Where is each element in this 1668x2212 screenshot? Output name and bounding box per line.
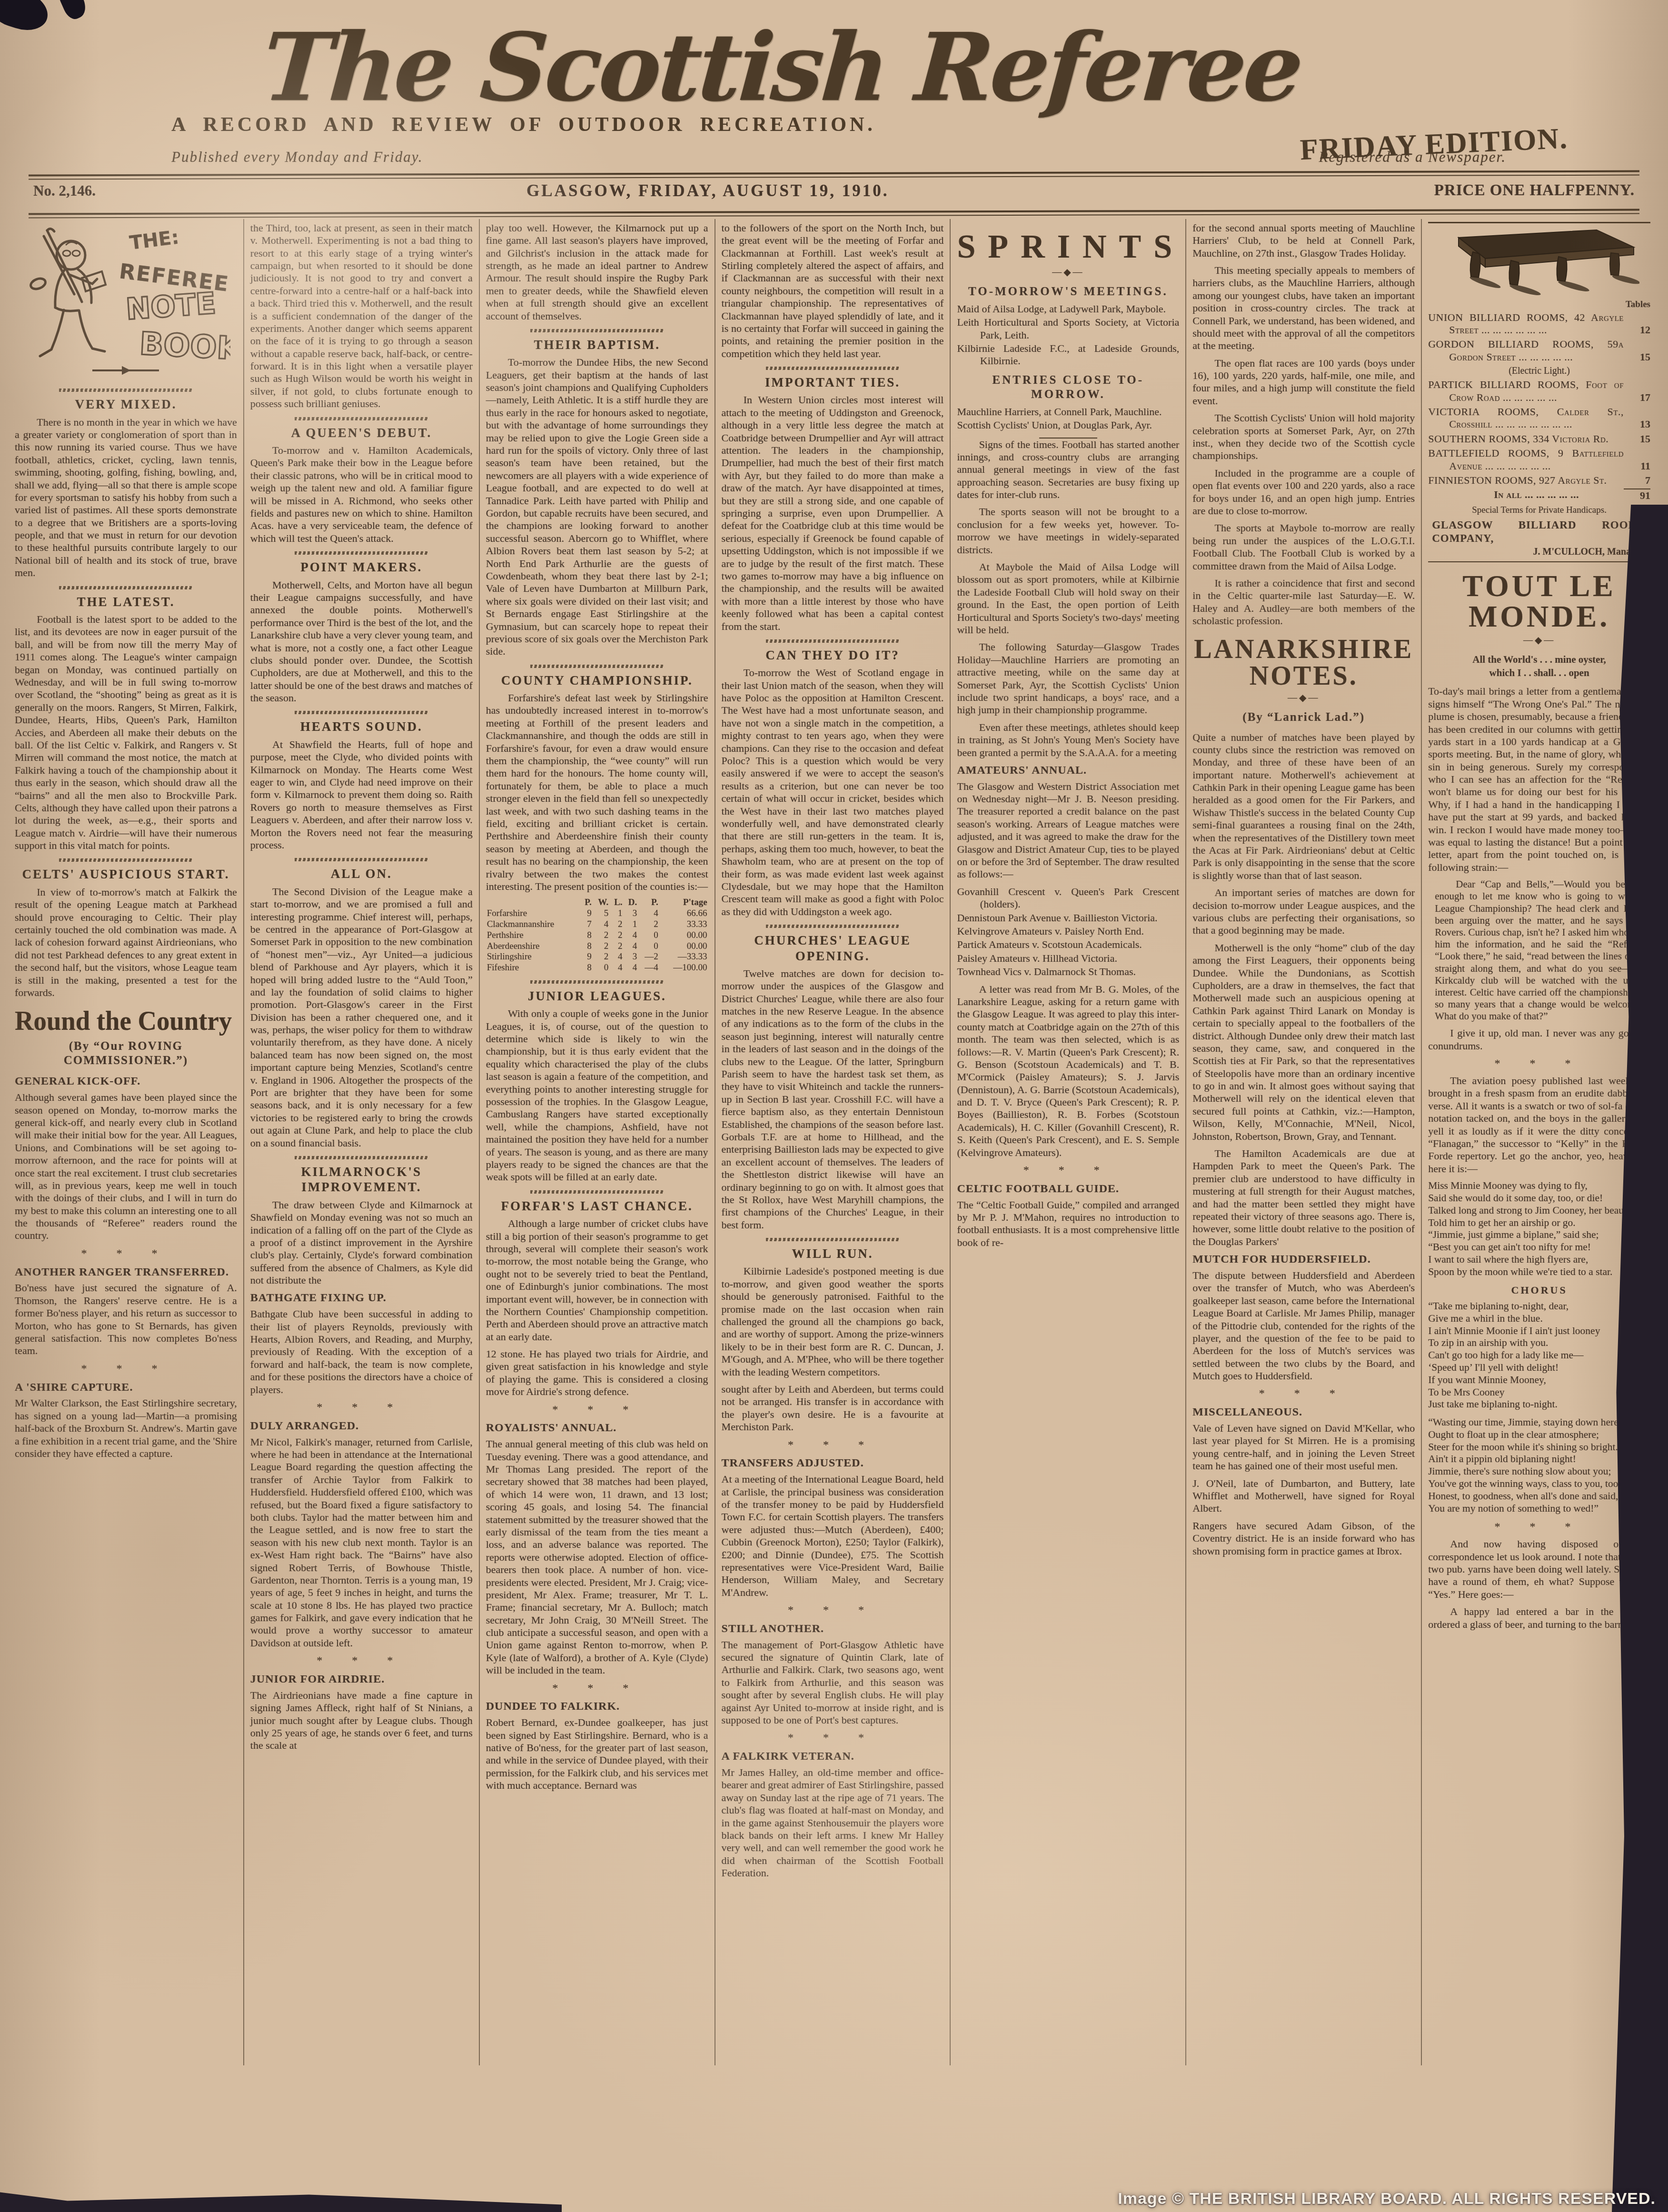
paragraph: Included in the programme are a couple o… [1192, 467, 1415, 518]
star-separator: * * * [1192, 1387, 1415, 1401]
paragraph: Forfarshire's defeat last week by Stirli… [486, 692, 708, 893]
billiards-advert: Tables UNION BILLIARD ROOMS, 42 Argyle S… [1428, 222, 1650, 562]
section-heading: CAN THEY DO IT? [722, 648, 944, 663]
fixture-item: Townhead Vics v. Dalmarnock St Thomas. [957, 966, 1179, 978]
fixture-item: Govanhill Crescent v. Queen's Park Cresc… [957, 886, 1179, 911]
poem-line: Jimmie, there's sure nothing slow about … [1428, 1465, 1650, 1478]
ad-tables-column-label: Tables [1428, 299, 1650, 310]
table-cell: 00.00 [659, 941, 708, 952]
paragraph: There is no month in the year in which w… [15, 416, 237, 579]
paragraph: The sports season will not be brought to… [957, 506, 1179, 556]
poem-stanza: Miss Minnie Mooney was dying to fly,Said… [1428, 1180, 1650, 1278]
section-divider [766, 367, 899, 370]
table-cell: 7 [580, 919, 592, 930]
section-heading: CELTS' AUSPICIOUS START. [15, 867, 237, 882]
paragraph-continued: Mr James Halley, an old-time member and … [722, 1766, 944, 1880]
table-cell: Clackmannanshire [486, 919, 581, 930]
ad-room-note: (Electric Light.) [1428, 365, 1650, 377]
poem-line: You are my notion of something to wed!” [1428, 1503, 1650, 1515]
fixture-item: Leith Horticultural and Sports Society, … [957, 316, 1179, 341]
subsection-heading: TRANSFERS ADJUSTED. [722, 1456, 944, 1470]
library-watermark: Image © THE BRITISH LIBRARY BOARD. ALL R… [1118, 2190, 1656, 2208]
ad-room-name: VICTORIA ROOMS, Calder St., Crosshill ..… [1428, 406, 1624, 431]
paragraph: And now having disposed of the correspon… [1428, 1538, 1650, 1601]
billiard-table-icon [1440, 227, 1639, 299]
poem-line: Can't go too high for a lady like me— [1428, 1349, 1650, 1362]
section-heading: CHURCHES' LEAGUE OPENING. [722, 933, 944, 964]
star-separator: * * * [722, 1438, 944, 1452]
paragraph-continued: At a meeting of the International League… [722, 1473, 944, 1599]
table-cell: 8 [580, 941, 592, 952]
ad-room-tables: 7 [1624, 474, 1650, 487]
section: VERY MIXED. [15, 389, 237, 412]
paragraph-continued: Robert Bernard, ex-Dundee goalkeeper, ha… [486, 1716, 708, 1792]
table-cell: 4 [638, 908, 659, 919]
poem-line: Steer for the moon while it's shining so… [1428, 1441, 1650, 1454]
star-separator: * * * [15, 1362, 237, 1376]
section: HEARTS SOUND. [250, 711, 473, 734]
table-cell: Perthshire [486, 930, 581, 941]
table-row: Aberdeenshire8224000.00 [486, 941, 708, 952]
table-cell: 2 [593, 930, 610, 941]
referees-notebook-logo: THE: REFEREE'S NOTE BOOK [15, 222, 237, 382]
ad-company-name: GLASGOW BILLIARD ROOMS COMPANY, [1432, 518, 1646, 545]
ad-total-row: In all ... ... ... ... ... 91 [1428, 488, 1650, 502]
table-cell: 2 [638, 919, 659, 930]
section-heading: THE LATEST. [15, 594, 237, 609]
section-divider [295, 711, 428, 714]
paragraph: An important series of matches are down … [1192, 887, 1415, 937]
byline: (By “Our ROVING COMMISSIONER.”) [15, 1039, 237, 1068]
paragraph: To-morrow the Dundee Hibs, the new Secon… [486, 356, 708, 658]
table-cell: 4 [609, 963, 623, 974]
paragraph: The Second Division of the League make a… [250, 886, 473, 1149]
ad-room-name: SOUTHERN ROOMS, 334 Victoria Rd. [1428, 433, 1624, 445]
subsection-heading: MUTCH FOR HUDDERSFIELD. [1192, 1253, 1415, 1266]
paragraph-continued: the Third, too, lack at present, as seen… [250, 222, 473, 410]
paragraph-continued: Quite a number of matches have been play… [1192, 731, 1415, 882]
star-separator: * * * [957, 1164, 1179, 1177]
paragraph: Football is the latest sport to be added… [15, 613, 237, 852]
star-separator: * * * [1428, 1057, 1650, 1071]
ad-room-row: VICTORIA ROOMS, Calder St., Crosshill ..… [1428, 406, 1650, 431]
poem-line: Spoon by the moon while we're tied to a … [1428, 1266, 1650, 1278]
section-divider [59, 586, 192, 589]
fixture-item: Maid of Ailsa Lodge, at Ladywell Park, M… [957, 303, 1179, 315]
section-heading: THEIR BAPTISM. [486, 337, 708, 352]
section-divider [530, 329, 664, 332]
table-cell: —2 [638, 952, 659, 963]
epigraph: All the World's . . . mine oyster,which … [1428, 653, 1650, 680]
paragraph: The following Saturday—Glasgow Trades Ho… [957, 641, 1179, 716]
section: CAN THEY DO IT? [722, 639, 944, 663]
list-heading: ENTRIES CLOSE TO-MORROW. [957, 373, 1179, 402]
subsection-heading: CELTIC FOOTBALL GUIDE. [957, 1182, 1179, 1196]
table-row: Perthshire8224000.00 [486, 930, 708, 941]
fixture-list: Maid of Ailsa Lodge, at Ladywell Park, M… [957, 303, 1179, 368]
notebook-word-book: BOOK [139, 325, 231, 367]
table-cell: 8 [580, 963, 592, 974]
published-note: Published every Monday and Friday. [171, 149, 423, 166]
section-divider [530, 1190, 664, 1194]
subsection-heading: DUNDEE TO FALKIRK. [486, 1700, 708, 1714]
table-row: Forfarshire9513466.66 [486, 908, 708, 919]
byline: (By “Lanrick Lad.”) [1192, 710, 1415, 725]
table-header-row: P.W.L.D.P.P'tage [486, 897, 708, 908]
table-cell: 1 [609, 908, 623, 919]
table-cell: 2 [593, 941, 610, 952]
ad-room-row: FINNIESTON ROOMS, 927 Argyle St.7 [1428, 474, 1650, 487]
fixture-item: Scottish Cyclists' Union, at Douglas Par… [957, 419, 1179, 431]
paragraph-continued: The Glasgow and Western District Associa… [957, 780, 1179, 881]
ad-room-row: PARTICK BILLIARD ROOMS, Foot of Crow Roa… [1428, 379, 1650, 404]
fixture-list: Govanhill Crescent v. Queen's Park Cresc… [957, 886, 1179, 978]
star-separator: * * * [722, 1731, 944, 1745]
paragraph-continued: play too well. However, the Kilmarnock p… [486, 222, 708, 322]
table-row: Fifeshire8044—4—100.00 [486, 963, 708, 974]
section-heading: HEARTS SOUND. [250, 719, 473, 734]
column-2: the Third, too, lack at present, as seen… [243, 219, 479, 2065]
poem-line: I want to sail where the high flyers are… [1428, 1254, 1650, 1266]
paragraph-continued: Bathgate Club have been successful in ad… [250, 1308, 473, 1396]
section-divider [59, 389, 192, 392]
paragraph-continued: to the followers of the sport on the Nor… [722, 222, 944, 360]
ad-room-name: UNION BILLIARD ROOMS, 42 Argyle Street .… [1428, 311, 1624, 337]
paragraph-continued: Mr Nicol, Falkirk's manager, returned fr… [250, 1436, 473, 1650]
ad-room-tables: 15 [1624, 351, 1650, 363]
section-heading: KILMARNOCK'S IMPROVEMENT. [250, 1164, 473, 1195]
table-cell: Forfarshire [486, 908, 581, 919]
section: CHURCHES' LEAGUE OPENING. [722, 925, 944, 964]
paragraph-continued: for the second annual sports meeting of … [1192, 222, 1415, 259]
paragraph: Kilbirnie Ladeside's postponed meeting i… [722, 1265, 944, 1378]
table-row: Stirlingshire9243—2—33.33 [486, 952, 708, 963]
display-heading: SPRINTS. [957, 230, 1179, 264]
notebook-cartoon-icon: THE: REFEREE'S NOTE BOOK [21, 222, 230, 379]
display-heading: LANARKSHIRE NOTES. [1192, 636, 1415, 689]
paragraph: Motherwell, Celts, and Morton have all b… [250, 579, 473, 705]
section-divider [295, 1156, 428, 1159]
section-divider [766, 639, 899, 643]
ad-company-frame: GLASGOW BILLIARD ROOMS COMPANY, J. M'CUL… [1428, 516, 1650, 562]
table-cell: 9 [580, 908, 592, 919]
ad-room-tables: 12 [1624, 324, 1650, 336]
column-5: SPRINTS.—◆—TO-MORROW'S MEETINGS.Maid of … [950, 219, 1185, 2065]
table-cell: 4 [624, 930, 638, 941]
table-header-cell: W. [593, 897, 610, 908]
epigraph-line: All the World's . . . mine oyster, [1428, 653, 1650, 666]
paragraph-continued: The “Celtic Football Guide,” compiled an… [957, 1199, 1179, 1249]
paragraph-continued: Mr Walter Clarkson, the East Stirlingshi… [15, 1397, 237, 1460]
section: KILMARNOCK'S IMPROVEMENT. [250, 1156, 473, 1195]
heading-ornament: —◆— [957, 267, 1179, 278]
table-cell: —100.00 [659, 963, 708, 974]
table-cell: 00.00 [659, 930, 708, 941]
section: JUNIOR LEAGUES. [486, 980, 708, 1004]
star-separator: * * * [250, 1401, 473, 1415]
section-divider [59, 858, 192, 862]
paragraph: The Hamilton Academicals are due at Hamp… [1192, 1147, 1415, 1248]
ad-room-row: GORDON BILLIARD ROOMS, 59a Gordon Street… [1428, 338, 1650, 363]
table-cell: 0 [638, 941, 659, 952]
dateline: GLASGOW, FRIDAY, AUGUST 19, 1910. [526, 181, 889, 200]
ad-room-tables: 13 [1624, 418, 1650, 430]
paragraph: With only a couple of weeks gone in the … [486, 1007, 708, 1183]
section-heading: JUNIOR LEAGUES. [486, 988, 708, 1004]
heading-ornament: —◆— [1428, 635, 1650, 646]
ad-room-name: FINNIESTON ROOMS, 927 Argyle St. [1428, 474, 1624, 487]
fixture-item: Mauchline Harriers, at Connell Park, Mau… [957, 406, 1179, 418]
table-cell: 0 [593, 963, 610, 974]
section-heading: IMPORTANT TIES. [722, 375, 944, 390]
ad-terms: Special Terms for Private Handicaps. [1428, 505, 1650, 516]
subsection-heading: AMATEURS' ANNUAL. [957, 764, 1179, 777]
star-separator: * * * [722, 1604, 944, 1617]
subsection-heading: JUNIOR FOR AIRDRIE. [250, 1673, 473, 1686]
poem-line: “Best you can get ain't too nifty for me… [1428, 1241, 1650, 1254]
poem-line: You've got the winning ways, class to yo… [1428, 1478, 1650, 1490]
ad-room-row: BATTLEFIELD ROOMS, 9 Battlefield Avenue … [1428, 447, 1650, 472]
table-cell: 2 [593, 952, 610, 963]
table-cell: 0 [638, 930, 659, 941]
paper-title: The Scottish Referee [0, 19, 1590, 117]
fixture-item: Dennistoun Park Avenue v. Baillieston Vi… [957, 912, 1179, 924]
billiards-rows: UNION BILLIARD ROOMS, 42 Argyle Street .… [1428, 311, 1650, 487]
paragraph: To-morrow the West of Scotland engage in… [722, 667, 944, 918]
paragraph: Twelve matches are down for decision to-… [722, 967, 944, 1231]
table-cell: 3 [624, 952, 638, 963]
section: FORFAR'S LAST CHANCE. [486, 1190, 708, 1214]
section-divider [766, 925, 899, 928]
subsection-heading: BATHGATE FIXING UP. [250, 1291, 473, 1305]
table-cell: 4 [609, 952, 623, 963]
section: WILL RUN. [722, 1238, 944, 1261]
paragraph-continued: Although several games have been played … [15, 1091, 237, 1242]
paragraph: In view of to-morrow's match at Falkirk … [15, 886, 237, 999]
table-cell: 4 [593, 919, 610, 930]
paragraph-continued: The management of Port-Glasgow Athletic … [722, 1639, 944, 1727]
column-4: to the followers of the sport on the Nor… [715, 219, 950, 2065]
poem-line: “Jimmie, just gimme a biplane,” said she… [1428, 1229, 1650, 1241]
section-divider [530, 980, 664, 984]
paragraph-continued: The Airdrieonians have made a fine captu… [250, 1689, 473, 1752]
section-heading: VERY MIXED. [15, 397, 237, 412]
subsection-heading: ANOTHER RANGER TRANSFERRED. [15, 1265, 237, 1279]
poem-line: Said she would do it some day, too, or d… [1428, 1192, 1650, 1205]
paragraph: At Maybole the Maid of Ailsa Lodge will … [957, 561, 1179, 636]
paragraph: A happy lad entered a bar in the Strand,… [1428, 1605, 1650, 1631]
county-standings-table: P.W.L.D.P.P'tageForfarshire9513466.66Cla… [486, 897, 708, 974]
section-heading: POINT MAKERS. [250, 559, 473, 575]
issue-number: No. 2,146. [33, 182, 96, 199]
table-cell: 2 [609, 941, 623, 952]
section: A QUEEN'S DEBUT. [250, 417, 473, 440]
table-cell: 33.33 [659, 919, 708, 930]
heading-ornament: —◆— [1192, 692, 1415, 704]
poem-line: Talked long and strong to Jim Cooney, he… [1428, 1205, 1650, 1217]
section-divider [295, 417, 428, 420]
table-cell: 66.66 [659, 908, 708, 919]
paragraph: Motherwell is the only “home” club of th… [1192, 942, 1415, 1143]
table-cell: 9 [580, 952, 592, 963]
table-cell: 8 [580, 930, 592, 941]
paragraph-continued: Bo'ness have just secured the signature … [15, 1282, 237, 1357]
subsection-heading: A 'SHIRE CAPTURE. [15, 1381, 237, 1395]
ad-total-label: In all ... ... ... ... ... [1428, 488, 1624, 502]
paragraph: This meeting specially appeals to member… [1192, 264, 1415, 352]
paragraph-continued: J. O'Neil, late of Dumbarton, and Butter… [1192, 1477, 1415, 1515]
table-cell: 2 [609, 919, 623, 930]
ad-room-tables: 17 [1624, 391, 1650, 404]
table-cell: 1 [624, 919, 638, 930]
ad-total-value: 91 [1624, 488, 1650, 502]
star-separator: * * * [1428, 1520, 1650, 1534]
subsection-heading: A FALKIRK VETERAN. [722, 1750, 944, 1764]
fixture-item: Kilbirnie Ladeside F.C., at Ladeside Gro… [957, 342, 1179, 368]
star-separator: * * * [486, 1403, 708, 1417]
star-separator: * * * [15, 1247, 237, 1261]
section-heading: COUNTY CHAMPIONSHIP. [486, 673, 708, 688]
ad-room-tables: 11 [1624, 460, 1650, 472]
section-heading: ALL ON. [250, 866, 473, 881]
section: POINT MAKERS. [250, 551, 473, 575]
paragraph: It is rather a coincidence that first an… [1192, 577, 1415, 628]
paragraph: The sports at Maybole to-morrow are real… [1192, 522, 1415, 572]
table-header-cell: P. [638, 897, 659, 908]
table-row: Clackmannanshire7421233.33 [486, 919, 708, 930]
table-cell: —4 [638, 963, 659, 974]
table-cell: 2 [609, 930, 623, 941]
paragraph: I give it up, old man. I never was any g… [1428, 1027, 1650, 1052]
poem-line: Ain't it a pippin old biplaning night! [1428, 1453, 1650, 1465]
table-header-cell: P. [580, 897, 592, 908]
poem-line: “Take me biplaning to-night, dear, [1428, 1300, 1650, 1313]
table-cell: —33.33 [659, 952, 708, 963]
ad-room-row: SOUTHERN ROOMS, 334 Victoria Rd.15 [1428, 433, 1650, 445]
subsection-heading: MISCELLANEOUS. [1192, 1405, 1415, 1419]
table-header-cell: P'tage [659, 897, 708, 908]
chorus-heading: CHORUS [1428, 1284, 1650, 1296]
ad-room-name: BATTLEFIELD ROOMS, 9 Battlefield Avenue … [1428, 447, 1624, 472]
column-3: play too well. However, the Kilmarnock p… [479, 219, 715, 2065]
columns: THE: REFEREE'S NOTE BOOK VERY MIXED.Ther… [9, 219, 1657, 2065]
paragraph: In Western Union circles most interest w… [722, 394, 944, 632]
display-heading: Round the Country [15, 1007, 228, 1035]
table-header-cell [486, 897, 581, 908]
fixture-item: Paisley Amateurs v. Hillhead Victoria. [957, 952, 1179, 965]
paragraph: Although a large number of cricket clubs… [486, 1217, 708, 1343]
star-separator: * * * [250, 1654, 473, 1668]
paragraph: The Scottish Cyclists' Union will hold m… [1192, 412, 1415, 462]
paragraph-continued: The annual general meeting of this club … [486, 1438, 708, 1676]
table-header-cell: D. [624, 897, 638, 908]
section-divider [530, 665, 664, 668]
letter-excerpt: Dear “Cap and Bells,”—Would you be good … [1428, 878, 1650, 1022]
display-heading: TOUT LE MONDE. [1428, 571, 1650, 632]
paragraph: The open flat races are 100 yards (boys … [1192, 357, 1415, 408]
poem-line: To zip in an airship with you. [1428, 1337, 1650, 1349]
section: COUNTY CHAMPIONSHIP. [486, 665, 708, 688]
section-heading: A QUEEN'S DEBUT. [250, 425, 473, 440]
table-cell: Aberdeenshire [486, 941, 581, 952]
table-cell: 3 [624, 908, 638, 919]
section: IMPORTANT TIES. [722, 367, 944, 390]
poem-line: I ain't Minnie Moonie if I ain't just lo… [1428, 1325, 1650, 1337]
poem-line: Told him to get her an airship or go. [1428, 1217, 1650, 1229]
paragraph: At Shawfield the Hearts, full of hope an… [250, 738, 473, 852]
column-7: Tables UNION BILLIARD ROOMS, 42 Argyle S… [1421, 219, 1657, 2065]
section: ALL ON. [250, 858, 473, 881]
paragraph: The draw between Clyde and Kilmarnock at… [250, 1199, 473, 1287]
poem-line: Miss Minnie Mooney was dying to fly, [1428, 1180, 1650, 1192]
masthead-rule [29, 209, 1639, 218]
section: THEIR BAPTISM. [486, 329, 708, 352]
list-heading: TO-MORROW'S MEETINGS. [957, 285, 1179, 299]
paragraph-continued: Vale of Leven have signed on David M'Kel… [1192, 1422, 1415, 1473]
table-cell: Fifeshire [486, 963, 581, 974]
paragraph: To-morrow and v. Hamilton Academicals, Q… [250, 444, 473, 545]
star-separator: * * * [486, 1682, 708, 1695]
paragraph-continued: To-day's mail brings a letter from a gen… [1428, 685, 1650, 874]
masthead: The Scottish Referee FRIDAY EDITION. A R… [0, 0, 1668, 216]
fixture-item: Partick Amateurs v. Scotstoun Academical… [957, 938, 1179, 951]
paragraph-continued: 12 stone. He has played two trials for A… [486, 1348, 708, 1398]
section-divider [766, 1238, 899, 1241]
subsection-heading: GENERAL KICK-OFF. [15, 1075, 237, 1088]
paragraph-continued: sought after by Leith and Aberdeen, but … [722, 1383, 944, 1434]
ad-manager: J. M'CULLOCH, Manager. [1432, 546, 1646, 558]
price-label: PRICE ONE HALFPENNY. [1434, 182, 1635, 199]
table-cell: 4 [624, 941, 638, 952]
ad-room-name: PARTICK BILLIARD ROOMS, Foot of Crow Roa… [1428, 379, 1624, 404]
section-heading: WILL RUN. [722, 1246, 944, 1261]
fixture-item: Kelvingrove Amateurs v. Paisley North En… [957, 925, 1179, 937]
ad-room-tables: 15 [1624, 433, 1650, 445]
paragraph: A letter was read from Mr B. G. Moles, o… [957, 983, 1179, 1159]
section-heading: FORFAR'S LAST CHANCE. [486, 1198, 708, 1214]
notebook-word-the: THE: [129, 226, 180, 254]
column-6: for the second annual sports meeting of … [1185, 219, 1421, 2065]
paragraph: Signs of the times. Football has started… [957, 438, 1179, 501]
paragraph: Even after these meetings, athletes shou… [957, 721, 1179, 759]
table-cell: 4 [624, 963, 638, 974]
fixture-list: Mauchline Harriers, at Connell Park, Mau… [957, 406, 1179, 432]
epigraph-line: which I . . shall. . . open [1428, 666, 1650, 679]
column-1: THE: REFEREE'S NOTE BOOK VERY MIXED.Ther… [9, 219, 243, 2065]
poem-line: Honest, to goodness, when all's done and… [1428, 1490, 1650, 1503]
table-header-cell: L. [609, 897, 623, 908]
subsection-heading: STILL ANOTHER. [722, 1622, 944, 1636]
section: CELTS' AUSPICIOUS START. [15, 858, 237, 882]
poem-line: Give me a whirl in the blue. [1428, 1313, 1650, 1325]
paragraph-continued: Rangers have secured Adam Gibson, of the… [1192, 1520, 1415, 1557]
paragraph-continued: The dispute between Huddersfield and Abe… [1192, 1269, 1415, 1383]
ad-room-name: GORDON BILLIARD ROOMS, 59a Gordon Street… [1428, 338, 1624, 363]
section-divider [295, 551, 428, 555]
ad-room-row: UNION BILLIARD ROOMS, 42 Argyle Street .… [1428, 311, 1650, 337]
scan-dark-edge-bottom [0, 2187, 562, 2212]
subsection-heading: ROYALISTS' ANNUAL. [486, 1421, 708, 1435]
table-cell: Stirlingshire [486, 952, 581, 963]
section: THE LATEST. [15, 586, 237, 609]
notebook-word-note: NOTE [125, 286, 217, 327]
paragraph: The aviation poesy published last week h… [1428, 1075, 1650, 1175]
section-divider [295, 858, 428, 861]
table-cell: 5 [593, 908, 610, 919]
subsection-heading: DULY ARRANGED. [250, 1419, 473, 1433]
